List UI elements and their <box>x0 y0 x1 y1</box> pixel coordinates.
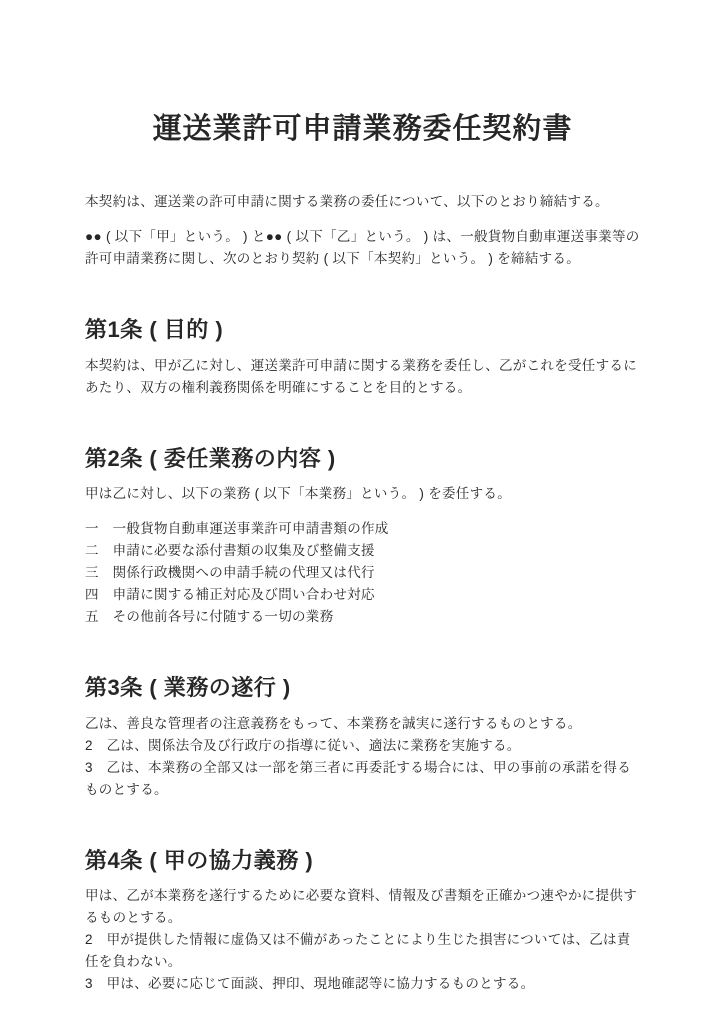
contract-document-page: 運送業許可申請業務委任契約書 本契約は、運送業の許可申請に関する業務の委任につい… <box>0 0 724 1024</box>
delegated-work-list: 一 一般貨物自動車運送事業許可申請書類の作成 二 申請に必要な添付書類の収集及び… <box>85 518 640 628</box>
parties-paragraph: ●● ( 以下「甲」という。 ) と●● ( 以下「乙」という。 ) は、一般貨… <box>85 226 640 270</box>
document-title: 運送業許可申請業務委任契約書 <box>85 110 640 149</box>
list-item: 五 その他前各号に付随する一切の業務 <box>85 606 640 628</box>
article-3-clause-3: 3 乙は、本業務の全部又は一部を第三者に再委託する場合には、甲の事前の承諾を得る… <box>85 757 640 801</box>
article-1-clause: 本契約は、甲が乙に対し、運送業許可申請に関する業務を委任し、乙がこれを受任するに… <box>85 355 640 399</box>
article-1-purpose: 第1条 ( 目的 ) 本契約は、甲が乙に対し、運送業許可申請に関する業務を委任し… <box>85 316 640 399</box>
list-item: 一 一般貨物自動車運送事業許可申請書類の作成 <box>85 518 640 540</box>
article-1-heading: 第1条 ( 目的 ) <box>85 316 640 344</box>
article-3-performance-of-work: 第3条 ( 業務の遂行 ) 乙は、善良な管理者の注意義務をもって、本業務を誠実に… <box>85 674 640 801</box>
article-4-clause-3: 3 甲は、必要に応じて面談、押印、現地確認等に協力するものとする。 <box>85 973 640 995</box>
list-item: 三 関係行政機関への申請手続の代理又は代行 <box>85 562 640 584</box>
article-4-heading: 第4条 ( 甲の協力義務 ) <box>85 847 640 875</box>
article-2-scope-of-delegated-work: 第2条 ( 委任業務の内容 ) 甲は乙に対し、以下の業務 ( 以下「本業務」とい… <box>85 445 640 629</box>
article-4-clause-2: 2 甲が提供した情報に虚偽又は不備があったことにより生じた損害については、乙は責… <box>85 929 640 973</box>
article-3-clause-1: 乙は、善良な管理者の注意義務をもって、本業務を誠実に遂行するものとする。 <box>85 713 640 735</box>
list-item: 二 申請に必要な添付書類の収集及び整備支援 <box>85 540 640 562</box>
article-4-clause-1: 甲は、乙が本業務を遂行するために必要な資料、情報及び書類を正確かつ速やかに提供す… <box>85 885 640 929</box>
article-2-clause: 甲は乙に対し、以下の業務 ( 以下「本業務」という。 ) を委任する。 <box>85 483 640 505</box>
article-3-heading: 第3条 ( 業務の遂行 ) <box>85 674 640 702</box>
list-item: 四 申請に関する補正対応及び問い合わせ対応 <box>85 584 640 606</box>
intro-paragraph: 本契約は、運送業の許可申請に関する業務の委任について、以下のとおり締結する。 <box>85 191 640 213</box>
article-3-clause-2: 2 乙は、関係法令及び行政庁の指導に従い、適法に業務を実施する。 <box>85 735 640 757</box>
article-2-heading: 第2条 ( 委任業務の内容 ) <box>85 445 640 473</box>
article-4-cooperation-obligation: 第4条 ( 甲の協力義務 ) 甲は、乙が本業務を遂行するために必要な資料、情報及… <box>85 847 640 996</box>
